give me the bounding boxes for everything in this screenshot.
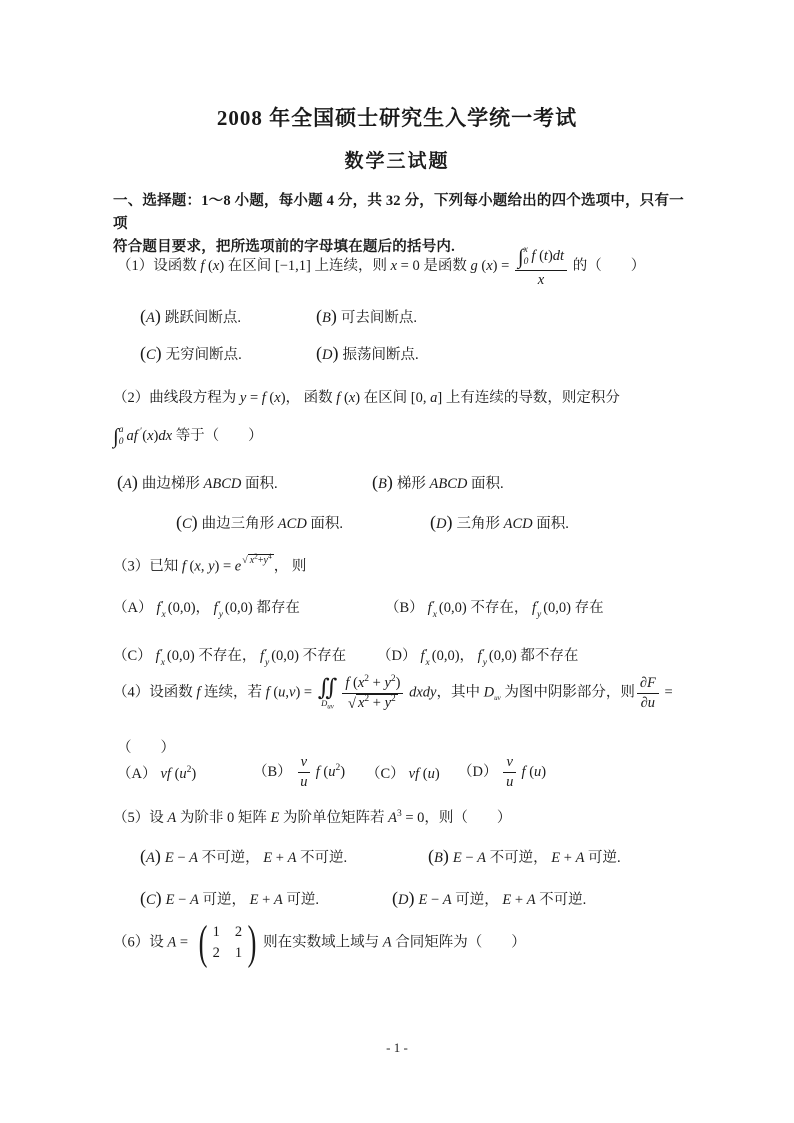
option-text: f′x(0,0)， f′y(0,0) 都存在 bbox=[156, 600, 299, 616]
question-2-option-d: (D)三角形 ACD 面积. bbox=[430, 512, 569, 533]
option-text: vu f (u2) bbox=[296, 764, 345, 780]
option-text: E − A 可逆， E + A 可逆. bbox=[166, 892, 319, 908]
page-subtitle: 数学三试题 bbox=[0, 146, 794, 173]
question-3-option-b: （B）f′x(0,0) 不存在， f′y(0,0) 存在 bbox=[385, 596, 604, 621]
question-4-stem: （4）设函数 f 连续，若 f (u,v) = ∬Duvf (x2 + y2)√… bbox=[113, 674, 673, 712]
question-1-stem: （1）设函数 f (x) 在区间 [−1,1] 上连续，则 x = 0 是函数 … bbox=[117, 245, 645, 288]
question-4-option-d: （D）vu f (u) bbox=[458, 754, 546, 790]
option-text: f′x(0,0) 不存在， f′y(0,0) 不存在 bbox=[156, 648, 346, 664]
question-1-option-a: (A)跳跃间断点. bbox=[140, 306, 241, 327]
option-label: （C） bbox=[366, 766, 405, 782]
option-text: 曲边三角形 ACD 面积. bbox=[202, 516, 343, 532]
question-1-option-d: (D)振荡间断点. bbox=[316, 343, 419, 364]
option-label: （A） bbox=[117, 766, 156, 782]
option-text: 三角形 ACD 面积. bbox=[456, 516, 568, 532]
option-label: (B) bbox=[428, 850, 449, 866]
option-text: vf (u) bbox=[409, 766, 440, 782]
question-1-option-b: (B)可去间断点. bbox=[316, 306, 417, 327]
question-5-stem: （5）设 A 为阶非 0 矩阵 E 为阶单位矩阵若 A3 = 0，则（ ） bbox=[113, 806, 511, 827]
option-text: 跳跃间断点. bbox=[165, 310, 241, 326]
option-label: （D） bbox=[458, 764, 497, 780]
page-title: 2008 年全国硕士研究生入学统一考试 bbox=[0, 102, 794, 132]
option-label: （C） bbox=[113, 648, 152, 664]
question-3-option-a: （A）f′x(0,0)， f′y(0,0) 都存在 bbox=[113, 596, 300, 621]
option-text: 无穷间断点. bbox=[166, 347, 242, 363]
page-number: - 1 - bbox=[0, 1040, 794, 1056]
option-text: 梯形 ABCD 面积. bbox=[397, 476, 504, 492]
exam-document-page: 2008 年全国硕士研究生入学统一考试 数学三试题 一、选择题：1～8 小题，每… bbox=[0, 0, 794, 1123]
option-text: E − A 不可逆， E + A 不可逆. bbox=[165, 850, 347, 866]
option-text: E − A 不可逆， E + A 可逆. bbox=[453, 850, 621, 866]
option-label: (B) bbox=[372, 476, 393, 492]
option-label: (A) bbox=[117, 476, 138, 492]
question-4-answer-paren: （ ） bbox=[117, 736, 175, 757]
question-4-option-a: （A）vf (u2) bbox=[117, 762, 196, 783]
option-text: 可去间断点. bbox=[341, 310, 417, 326]
question-2-option-a: (A)曲边梯形 ABCD 面积. bbox=[117, 472, 278, 493]
question-4-option-b: （B）vu f (u2) bbox=[253, 754, 345, 790]
question-3-stem: （3）已知 f (x, y) = e√x2+y4， 则 bbox=[113, 552, 306, 575]
option-label: (C) bbox=[140, 347, 162, 363]
option-label: (A) bbox=[140, 310, 161, 326]
question-2-option-b: (B)梯形 ABCD 面积. bbox=[372, 472, 504, 493]
question-3-option-c: （C）f′x(0,0) 不存在， f′y(0,0) 不存在 bbox=[113, 644, 346, 669]
question-5-option-c: (C)E − A 可逆， E + A 可逆. bbox=[140, 888, 319, 909]
option-text: vu f (u) bbox=[501, 764, 546, 780]
option-label: （A） bbox=[113, 600, 152, 616]
question-5-option-b: (B)E − A 不可逆， E + A 可逆. bbox=[428, 846, 621, 867]
option-label: (C) bbox=[176, 516, 198, 532]
instructions-line-1: 一、选择题：1～8 小题，每小题 4 分，共 32 分，下列每小题给出的四个选项… bbox=[113, 190, 693, 236]
option-label: (D) bbox=[392, 892, 414, 908]
question-6-stem: （6）设 A = (1221)则在实数域上域与 A 合同矩阵为（ ） bbox=[113, 922, 526, 964]
question-2-option-c: (C)曲边三角形 ACD 面积. bbox=[176, 512, 343, 533]
question-5-option-a: (A)E − A 不可逆， E + A 不可逆. bbox=[140, 846, 347, 867]
option-text: 振荡间断点. bbox=[342, 347, 418, 363]
option-text: f′x(0,0) 不存在， f′y(0,0) 存在 bbox=[428, 600, 604, 616]
question-1-option-c: (C)无穷间断点. bbox=[140, 343, 242, 364]
option-label: （B） bbox=[253, 764, 292, 780]
option-label: (A) bbox=[140, 850, 161, 866]
option-text: vf (u2) bbox=[160, 766, 196, 782]
option-label: (D) bbox=[316, 347, 338, 363]
question-2-stem: （2）曲线段方程为 y = f (x)， 函数 f (x) 在区间 [0, a]… bbox=[113, 386, 620, 407]
question-3-option-d: （D）f′x(0,0)， f′y(0,0) 都不存在 bbox=[377, 644, 578, 669]
option-text: 曲边梯形 ABCD 面积. bbox=[142, 476, 278, 492]
question-5-option-d: (D)E − A 可逆， E + A 不可逆. bbox=[392, 888, 586, 909]
option-label: (B) bbox=[316, 310, 337, 326]
question-2-integral-line: ∫a0af ′(x)dx 等于（ ） bbox=[113, 424, 263, 449]
question-4-option-c: （C）vf (u) bbox=[366, 762, 440, 783]
option-label: (C) bbox=[140, 892, 162, 908]
option-label: (D) bbox=[430, 516, 452, 532]
option-label: （B） bbox=[385, 600, 424, 616]
option-text: f′x(0,0)， f′y(0,0) 都不存在 bbox=[420, 648, 578, 664]
option-text: E − A 可逆， E + A 不可逆. bbox=[418, 892, 586, 908]
option-label: （D） bbox=[377, 648, 416, 664]
